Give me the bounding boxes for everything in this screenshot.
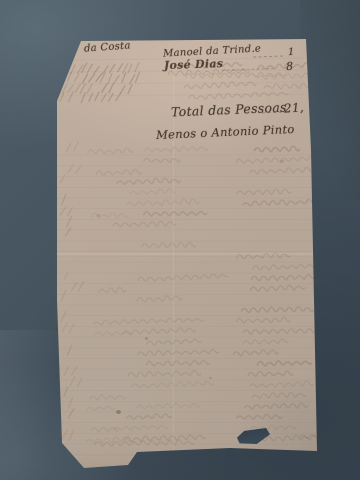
manuscript-photo: da Costa Manoel da Trind.e 1 José Dias 8… <box>0 0 360 480</box>
stain-spot <box>209 377 212 379</box>
entry-value-1: 1 <box>288 47 295 58</box>
manuscript-page: da Costa Manoel da Trind.e 1 José Dias 8… <box>0 0 360 480</box>
stain-spot <box>280 160 284 163</box>
ghost-writing-layer <box>0 0 360 480</box>
stain-spot <box>145 337 148 340</box>
entry-name-2: José Dias <box>164 57 224 72</box>
stain-spot <box>116 410 121 414</box>
total-value: 21, <box>284 100 305 115</box>
stain-spot <box>97 214 100 217</box>
entry-value-2: 8 <box>286 60 294 73</box>
